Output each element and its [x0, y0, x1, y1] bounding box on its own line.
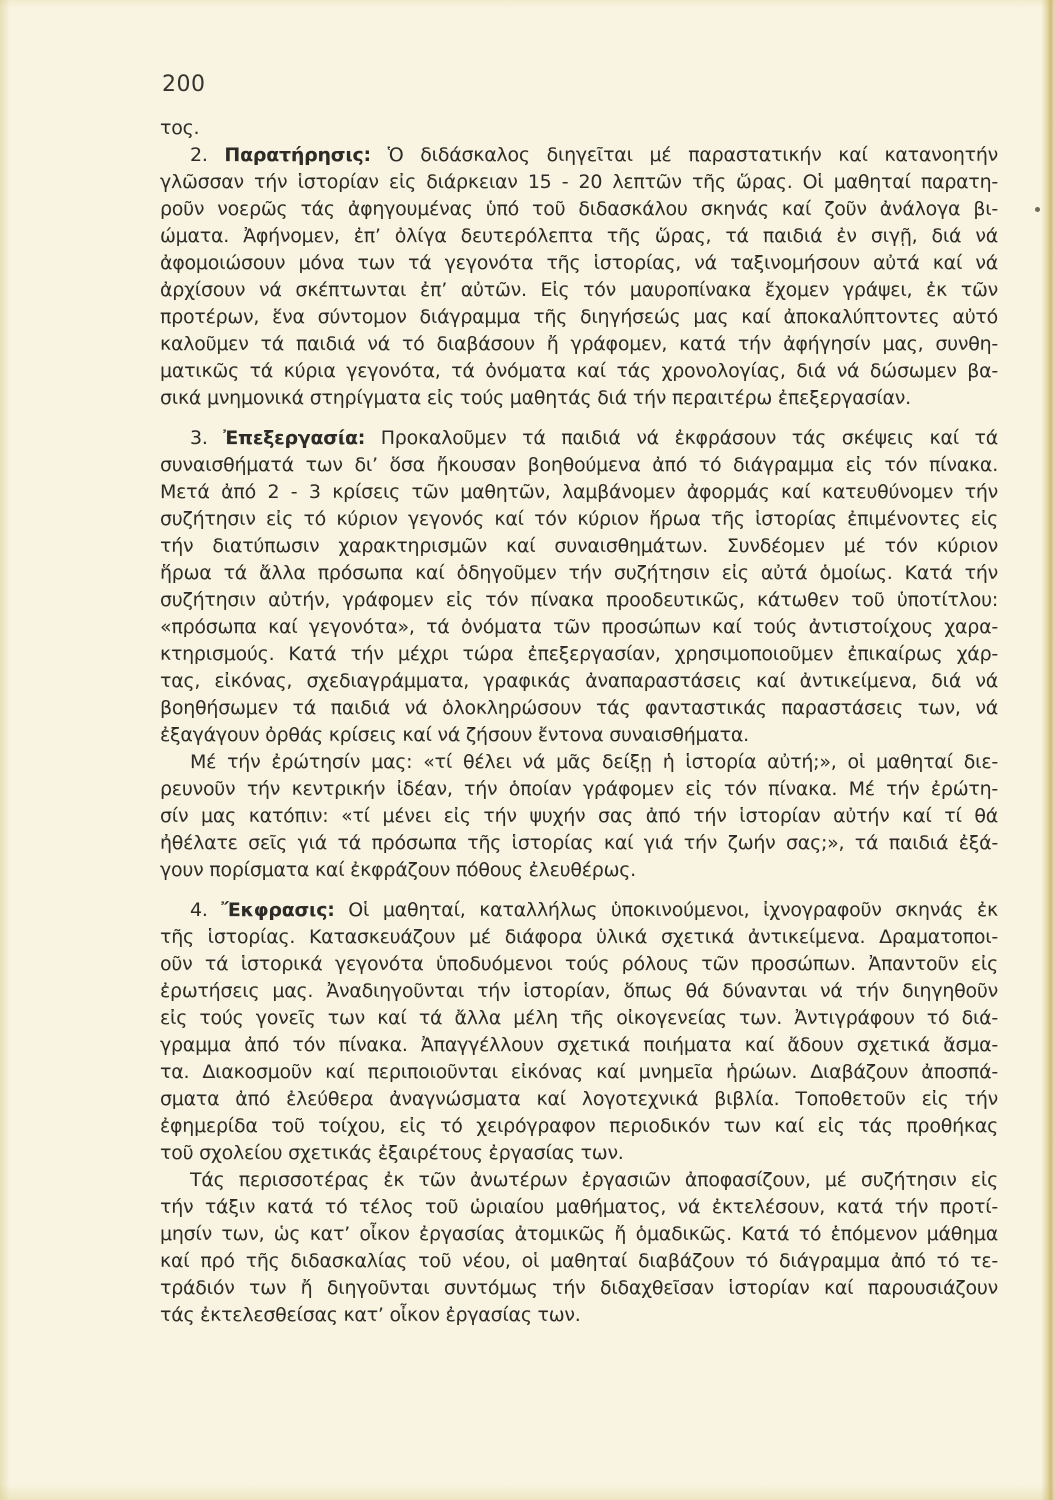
- paragraph: τος.: [160, 115, 998, 142]
- text-line: Μέ τήν ἐρώτησίν μας: «τί θέλει νά μᾶς δε…: [160, 749, 998, 776]
- text-line: ἐξαγάγουν ὀρθάς κρίσεις καί νά ζήσουν ἔν…: [160, 722, 998, 749]
- text-line: τῆς ἱστορίας. Κατασκευάζουν μέ διάφορα ὑ…: [160, 924, 998, 951]
- text-line: ρευνοῦν τήν κεντρικήν ἰδέαν, τήν ὁποίαν …: [160, 776, 998, 803]
- text-line: συζήτησιν εἰς τό κύριον γεγονός καί τόν …: [160, 506, 998, 533]
- text-line: σματα ἀπό ἐλεύθερα ἀναγνώσματα καί λογοτ…: [160, 1086, 998, 1113]
- page-number: 200: [162, 72, 206, 97]
- numbered-paragraph: 2. Παρατήρησις: Ὁ διδάσκαλος διηγεῖται μ…: [160, 142, 998, 412]
- text-line: 4. Ἔκφρασις: Οἱ μαθηταί, καταλλήλως ὑποκ…: [160, 897, 998, 924]
- text-line: 3. Ἐπεξεργασία: Προκαλοῦμεν τά παιδιά νά…: [160, 425, 998, 452]
- section-heading: Ἔκφρασις:: [221, 899, 334, 921]
- text-line: ἐφημερίδα τοῦ τοίχου, εἰς τό χειρόγραφον…: [160, 1113, 998, 1140]
- paragraph: Μέ τήν ἐρώτησίν μας: «τί θέλει νά μᾶς δε…: [160, 749, 998, 884]
- text-line: σίν μας κατόπιν: «τί μένει εἰς τήν ψυχήν…: [160, 803, 998, 830]
- scan-speck: [1035, 207, 1040, 212]
- text-line: 2. Παρατήρησις: Ὁ διδάσκαλος διηγεῖται μ…: [160, 142, 998, 169]
- section-number: 4.: [190, 899, 221, 921]
- text-line: ώματα. Ἀφήνομεν, ἐπ’ ὀλίγα δευτερόλεπτα …: [160, 223, 998, 250]
- text-line: καί πρό τῆς διδασκαλίας τοῦ νέου, οἱ μαθ…: [160, 1248, 998, 1275]
- scanned-book-page: 200 τος.2. Παρατήρησις: Ὁ διδάσκαλος διη…: [0, 0, 1055, 1500]
- section-number: 3.: [190, 427, 223, 449]
- text-line: ματικῶς τά κύρια γεγονότα, τά ὀνόματα κα…: [160, 358, 998, 385]
- text-line: γουν πορίσματα καί ἐκφράζουν πόθους ἐλευ…: [160, 857, 998, 884]
- text-line: γλῶσσαν τήν ἱστορίαν εἰς διάρκειαν 15 - …: [160, 169, 998, 196]
- section-heading: Ἐπεξεργασία:: [223, 427, 365, 449]
- text-line: κτηρισμούς. Κατά τήν μέχρι τώρα ἐπεξεργα…: [160, 641, 998, 668]
- text-line: τήν τάξιν κατά τό τέλος τοῦ ὡριαίου μαθή…: [160, 1194, 998, 1221]
- text-line: βοηθήσωμεν τά παιδιά νά ὁλοκληρώσουν τάς…: [160, 695, 998, 722]
- text-line: τος.: [160, 115, 998, 142]
- text-line: εἰς τούς γονεῖς των καί τά ἄλλα μέλη τῆς…: [160, 1005, 998, 1032]
- text-line: Τάς περισσοτέρας ἐκ τῶν ἀνωτέρων ἐργασιῶ…: [160, 1167, 998, 1194]
- body-text: τος.2. Παρατήρησις: Ὁ διδάσκαλος διηγεῖτ…: [160, 115, 998, 1329]
- text-line: τράδιόν των ἤ διηγοῦνται συντόμως τήν δι…: [160, 1275, 998, 1302]
- text-line: τοῦ σχολείου σχετικάς ἐξαιρέτους ἐργασία…: [160, 1140, 998, 1167]
- text-line: τας, εἰκόνας, σχεδιαγράμματα, γραφικάς ἀ…: [160, 668, 998, 695]
- text-line: ἥρωα τά ἄλλα πρόσωπα καί ὁδηγοῦμεν τήν σ…: [160, 560, 998, 587]
- text-line: «πρόσωπα καί γεγονότα», τά ὀνόματα τῶν π…: [160, 614, 998, 641]
- text-line: ἐρωτήσεις μας. Ἀναδιηγοῦνται τήν ἱστορία…: [160, 978, 998, 1005]
- text-line: Μετά ἀπό 2 - 3 κρίσεις τῶν μαθητῶν, λαμβ…: [160, 479, 998, 506]
- text-line: τα. Διακοσμοῦν καί περιποιοῦνται εἰκόνας…: [160, 1059, 998, 1086]
- text-line: μησίν των, ὡς κατ’ οἶκον ἐργασίας ἀτομικ…: [160, 1221, 998, 1248]
- text-line: ἀφομοιώσουν μόνα των τά γεγονότα τῆς ἱστ…: [160, 250, 998, 277]
- text-line: συναισθήματά των δι’ ὅσα ἤκουσαν βοηθούμ…: [160, 452, 998, 479]
- numbered-paragraph: 3. Ἐπεξεργασία: Προκαλοῦμεν τά παιδιά νά…: [160, 425, 998, 749]
- text-line: σικά μνημονικά στηρίγματα εἰς τούς μαθητ…: [160, 385, 998, 412]
- paragraph: Τάς περισσοτέρας ἐκ τῶν ἀνωτέρων ἐργασιῶ…: [160, 1167, 998, 1329]
- text-line: ἀρχίσουν νά σκέπτωνται ἐπ’ αὐτῶν. Εἰς τό…: [160, 277, 998, 304]
- text-line: ἠθέλατε σεῖς γιά τά πρόσωπα τῆς ἱστορίας…: [160, 830, 998, 857]
- numbered-paragraph: 4. Ἔκφρασις: Οἱ μαθηταί, καταλλήλως ὑποκ…: [160, 897, 998, 1167]
- text-line: τήν διατύπωσιν χαρακτηρισμῶν καί συναισθ…: [160, 533, 998, 560]
- text-line: τάς ἐκτελεσθείσας κατ’ οἶκον ἐργασίας τω…: [160, 1302, 998, 1329]
- text-line: καλοῦμεν τά παιδιά νά τό διαβάσουν ἤ γρά…: [160, 331, 998, 358]
- text-line: συζήτησιν αὐτήν, γράφομεν εἰς τόν πίνακα…: [160, 587, 998, 614]
- text-line: προτέρων, ἕνα σύντομον διάγραμμα τῆς διη…: [160, 304, 998, 331]
- text-line: ροῦν νοερῶς τάς ἀφηγουμένας ὑπό τοῦ διδα…: [160, 196, 998, 223]
- text-line: οῦν τά ἱστορικά γεγονότα ὑποδυόμενοι τού…: [160, 951, 998, 978]
- section-number: 2.: [190, 144, 224, 166]
- page-edge-shadow: [1041, 0, 1055, 1500]
- text-line: γραμμα ἀπό τόν πίνακα. Ἀπαγγέλλουν σχετι…: [160, 1032, 998, 1059]
- section-heading: Παρατήρησις:: [224, 144, 370, 166]
